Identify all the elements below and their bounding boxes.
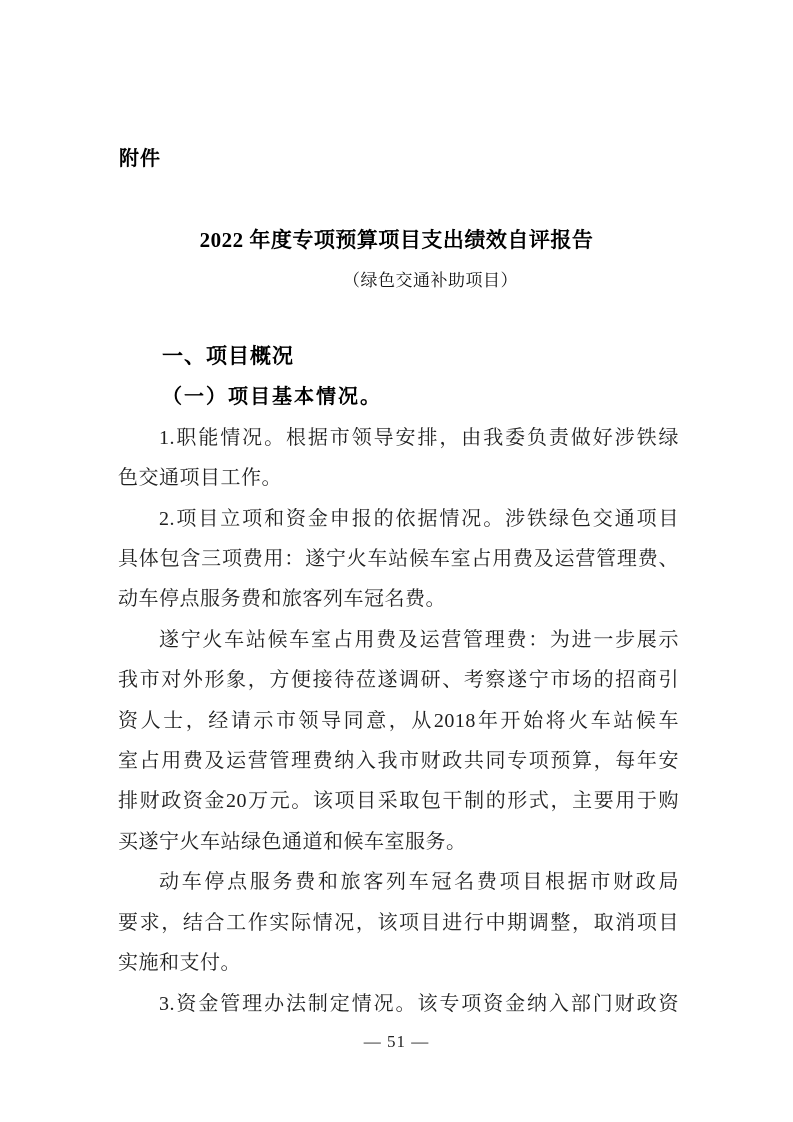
paragraph-waiting-room-fee: 遂宁火车站候车室占用费及运营管理费：为进一步展示我市对外形象，方便接待莅遂调研、… <box>118 620 679 862</box>
paragraph-functions: 1.职能情况。根据市领导安排，由我委负责做好涉铁绿色交通项目工作。 <box>118 418 679 499</box>
report-title: 2022 年度专项预算项目支出绩效自评报告 <box>0 228 793 252</box>
report-subtitle: （绿色交通补助项目） <box>0 270 793 292</box>
paragraph-train-service-fee: 动车停点服务费和旅客列车冠名费项目根据市财政局要求，结合工作实际情况，该项目进行… <box>118 862 679 983</box>
document-body: 一、项目概况 （一）项目基本情况。 1.职能情况。根据市领导安排，由我委负责做好… <box>118 337 679 1024</box>
section-heading-project-overview: 一、项目概况 <box>118 337 679 377</box>
paragraph-project-basis: 2.项目立项和资金申报的依据情况。涉铁绿色交通项目具体包含三项费用：遂宁火车站候… <box>118 499 679 620</box>
attachment-label: 附件 <box>119 146 161 172</box>
subsection-heading-basic-situation: （一）项目基本情况。 <box>118 377 679 417</box>
document-page: 附件 2022 年度专项预算项目支出绩效自评报告 （绿色交通补助项目） 一、项目… <box>0 0 793 1122</box>
paragraph-fund-management: 3.资金管理办法制定情况。该专项资金纳入部门财政资 <box>118 984 679 1024</box>
page-number: — 51 — <box>0 1031 793 1053</box>
